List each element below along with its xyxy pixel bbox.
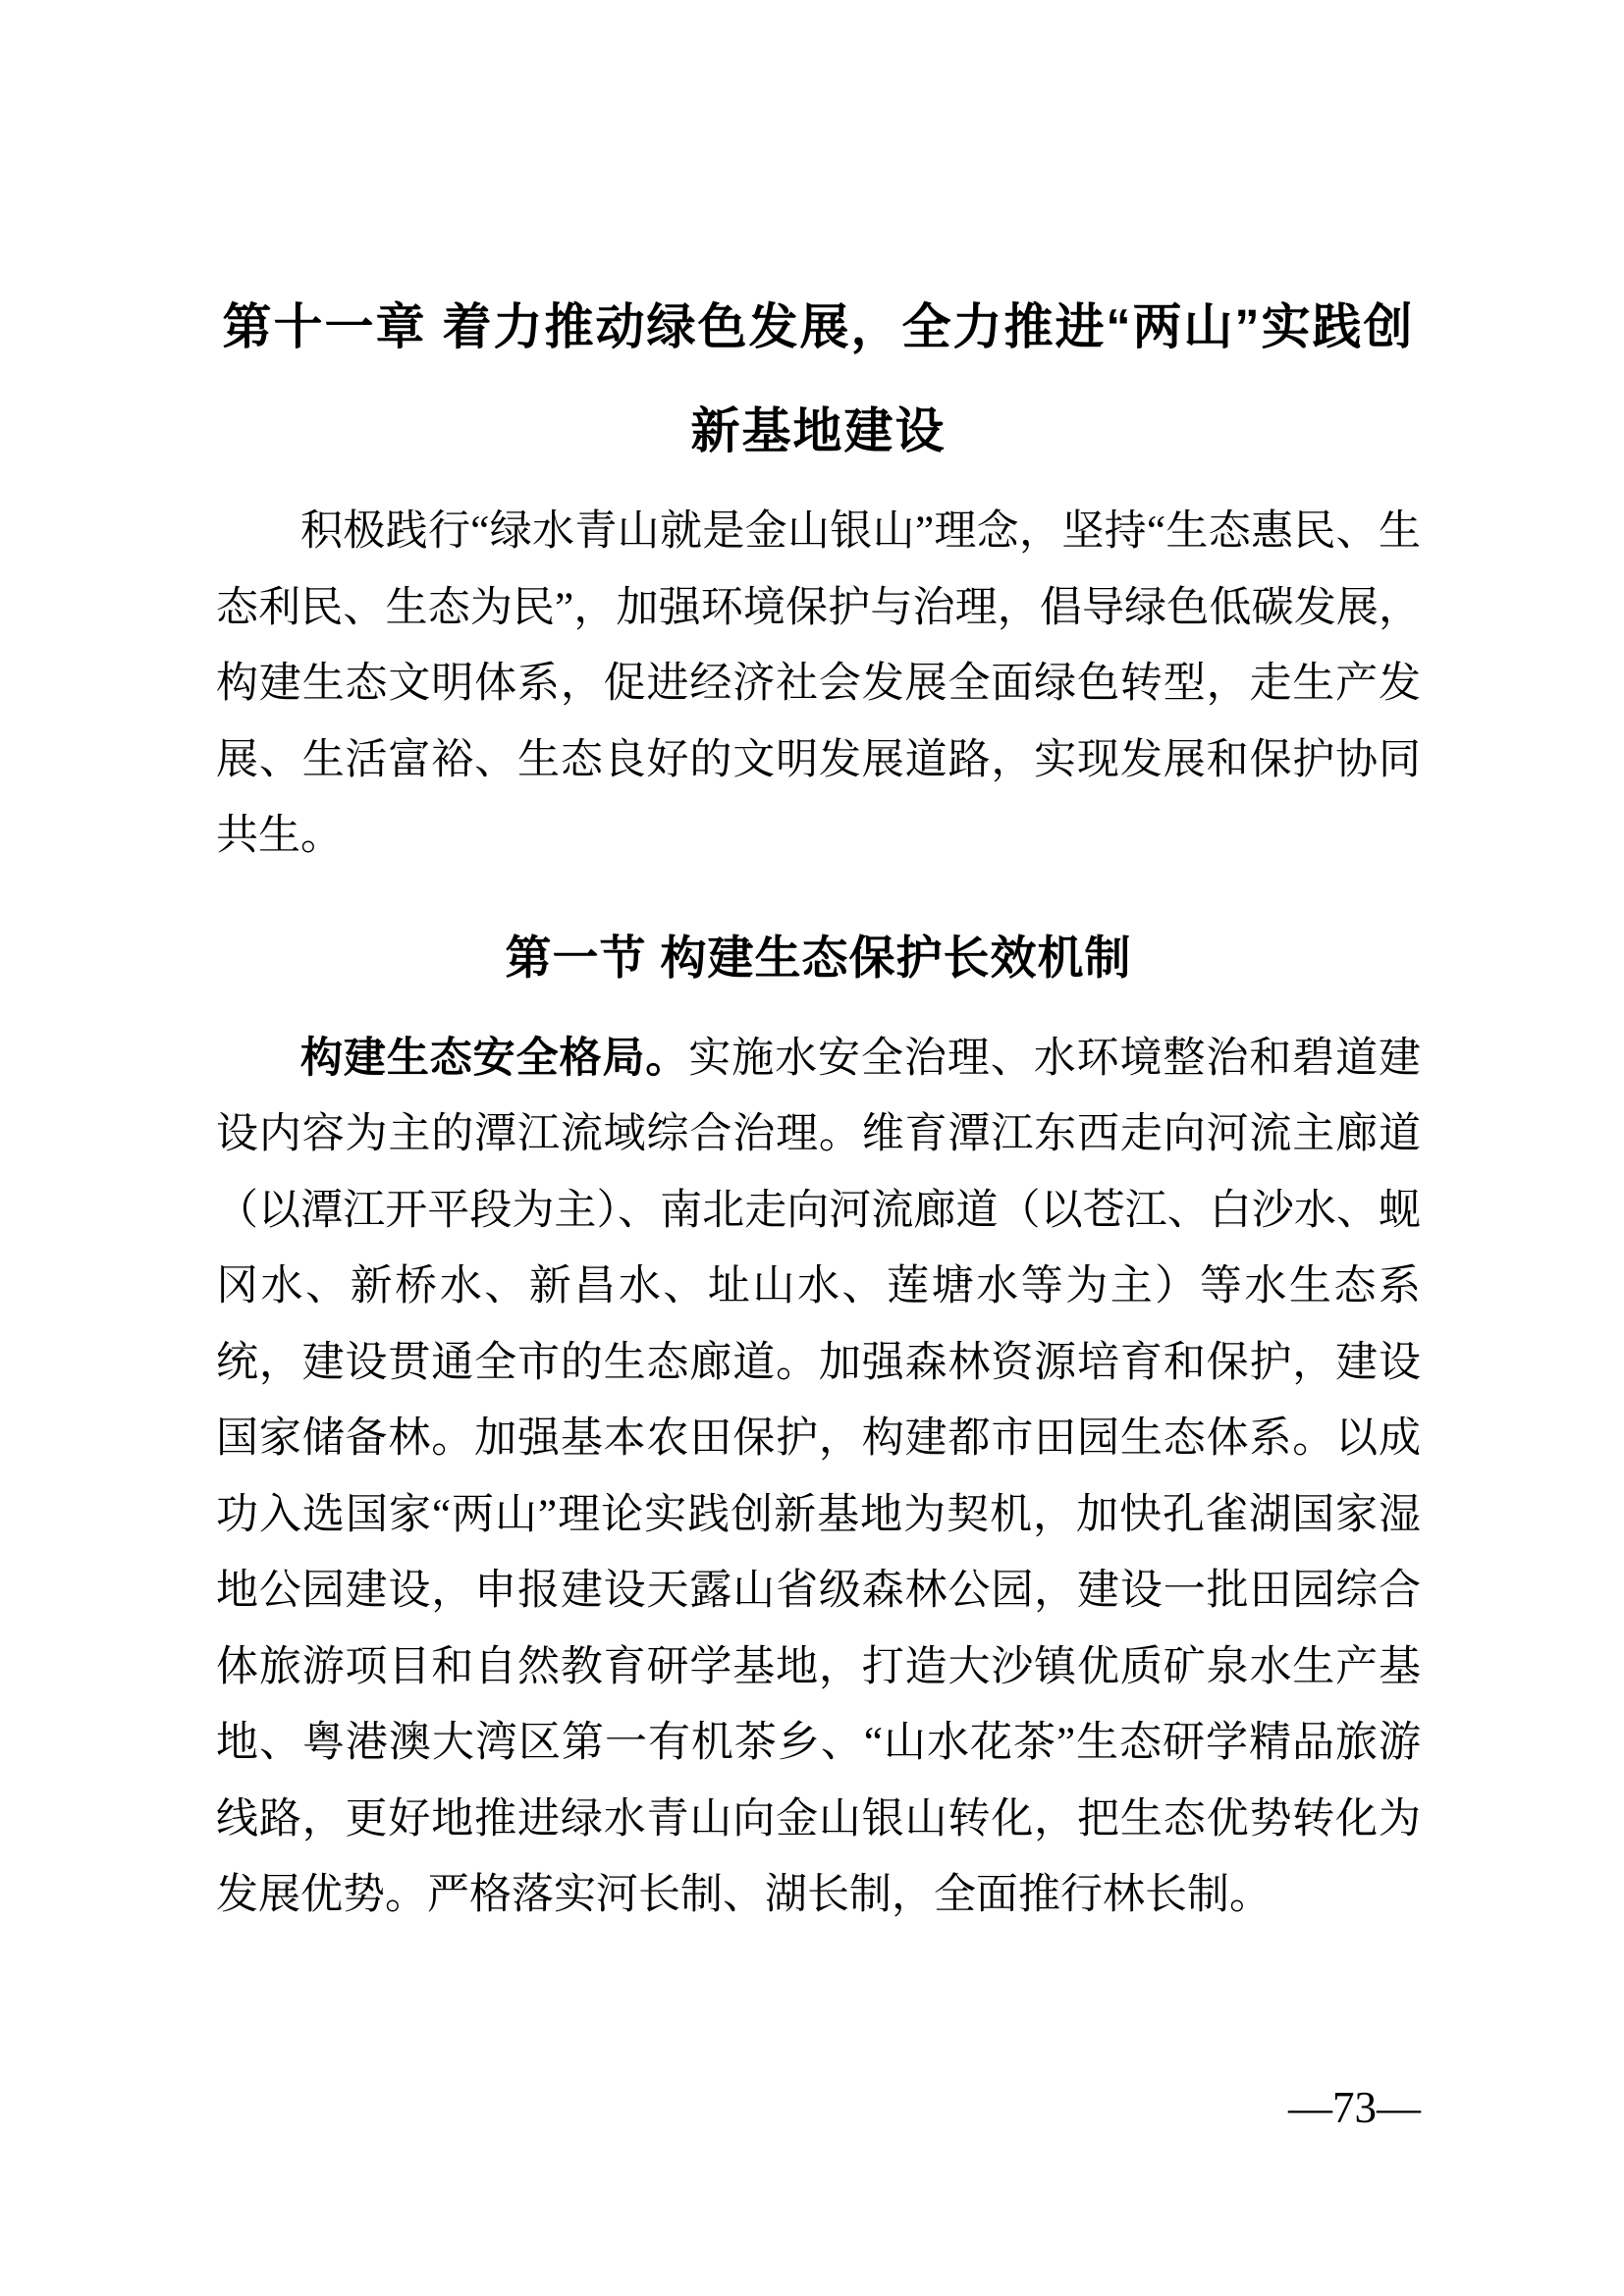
chapter-title-line-1: 第十一章 着力推动绿色发展，全力推进“两山”实践创 [216,275,1421,379]
intro-paragraph: 积极践行“绿水青山就是金山银山”理念，坚持“生态惠民、生态利民、生态为民”，加强… [216,494,1421,875]
text-column: 第十一章 着力推动绿色发展，全力推进“两山”实践创 新基地建设 积极践行“绿水青… [216,0,1421,1934]
chapter-title-line-2: 新基地建设 [216,379,1421,483]
page-number: —73— [1288,2083,1421,2132]
section-paragraph: 构建生态安全格局。实施水安全治理、水环境整治和碧道建设内容为主的潭江流域综合治理… [216,1021,1421,1934]
document-page: 第十一章 着力推动绿色发展，全力推进“两山”实践创 新基地建设 积极践行“绿水青… [0,0,1624,2296]
section-title: 第一节 构建生态保护长效机制 [216,920,1421,995]
section-paragraph-body: 实施水安全治理、水环境整治和碧道建设内容为主的潭江流域综合治理。维育潭江东西走向… [216,1036,1421,1919]
chapter-title: 第十一章 着力推动绿色发展，全力推进“两山”实践创 新基地建设 [216,275,1421,483]
section-paragraph-lead: 构建生态安全格局。 [300,1036,688,1082]
